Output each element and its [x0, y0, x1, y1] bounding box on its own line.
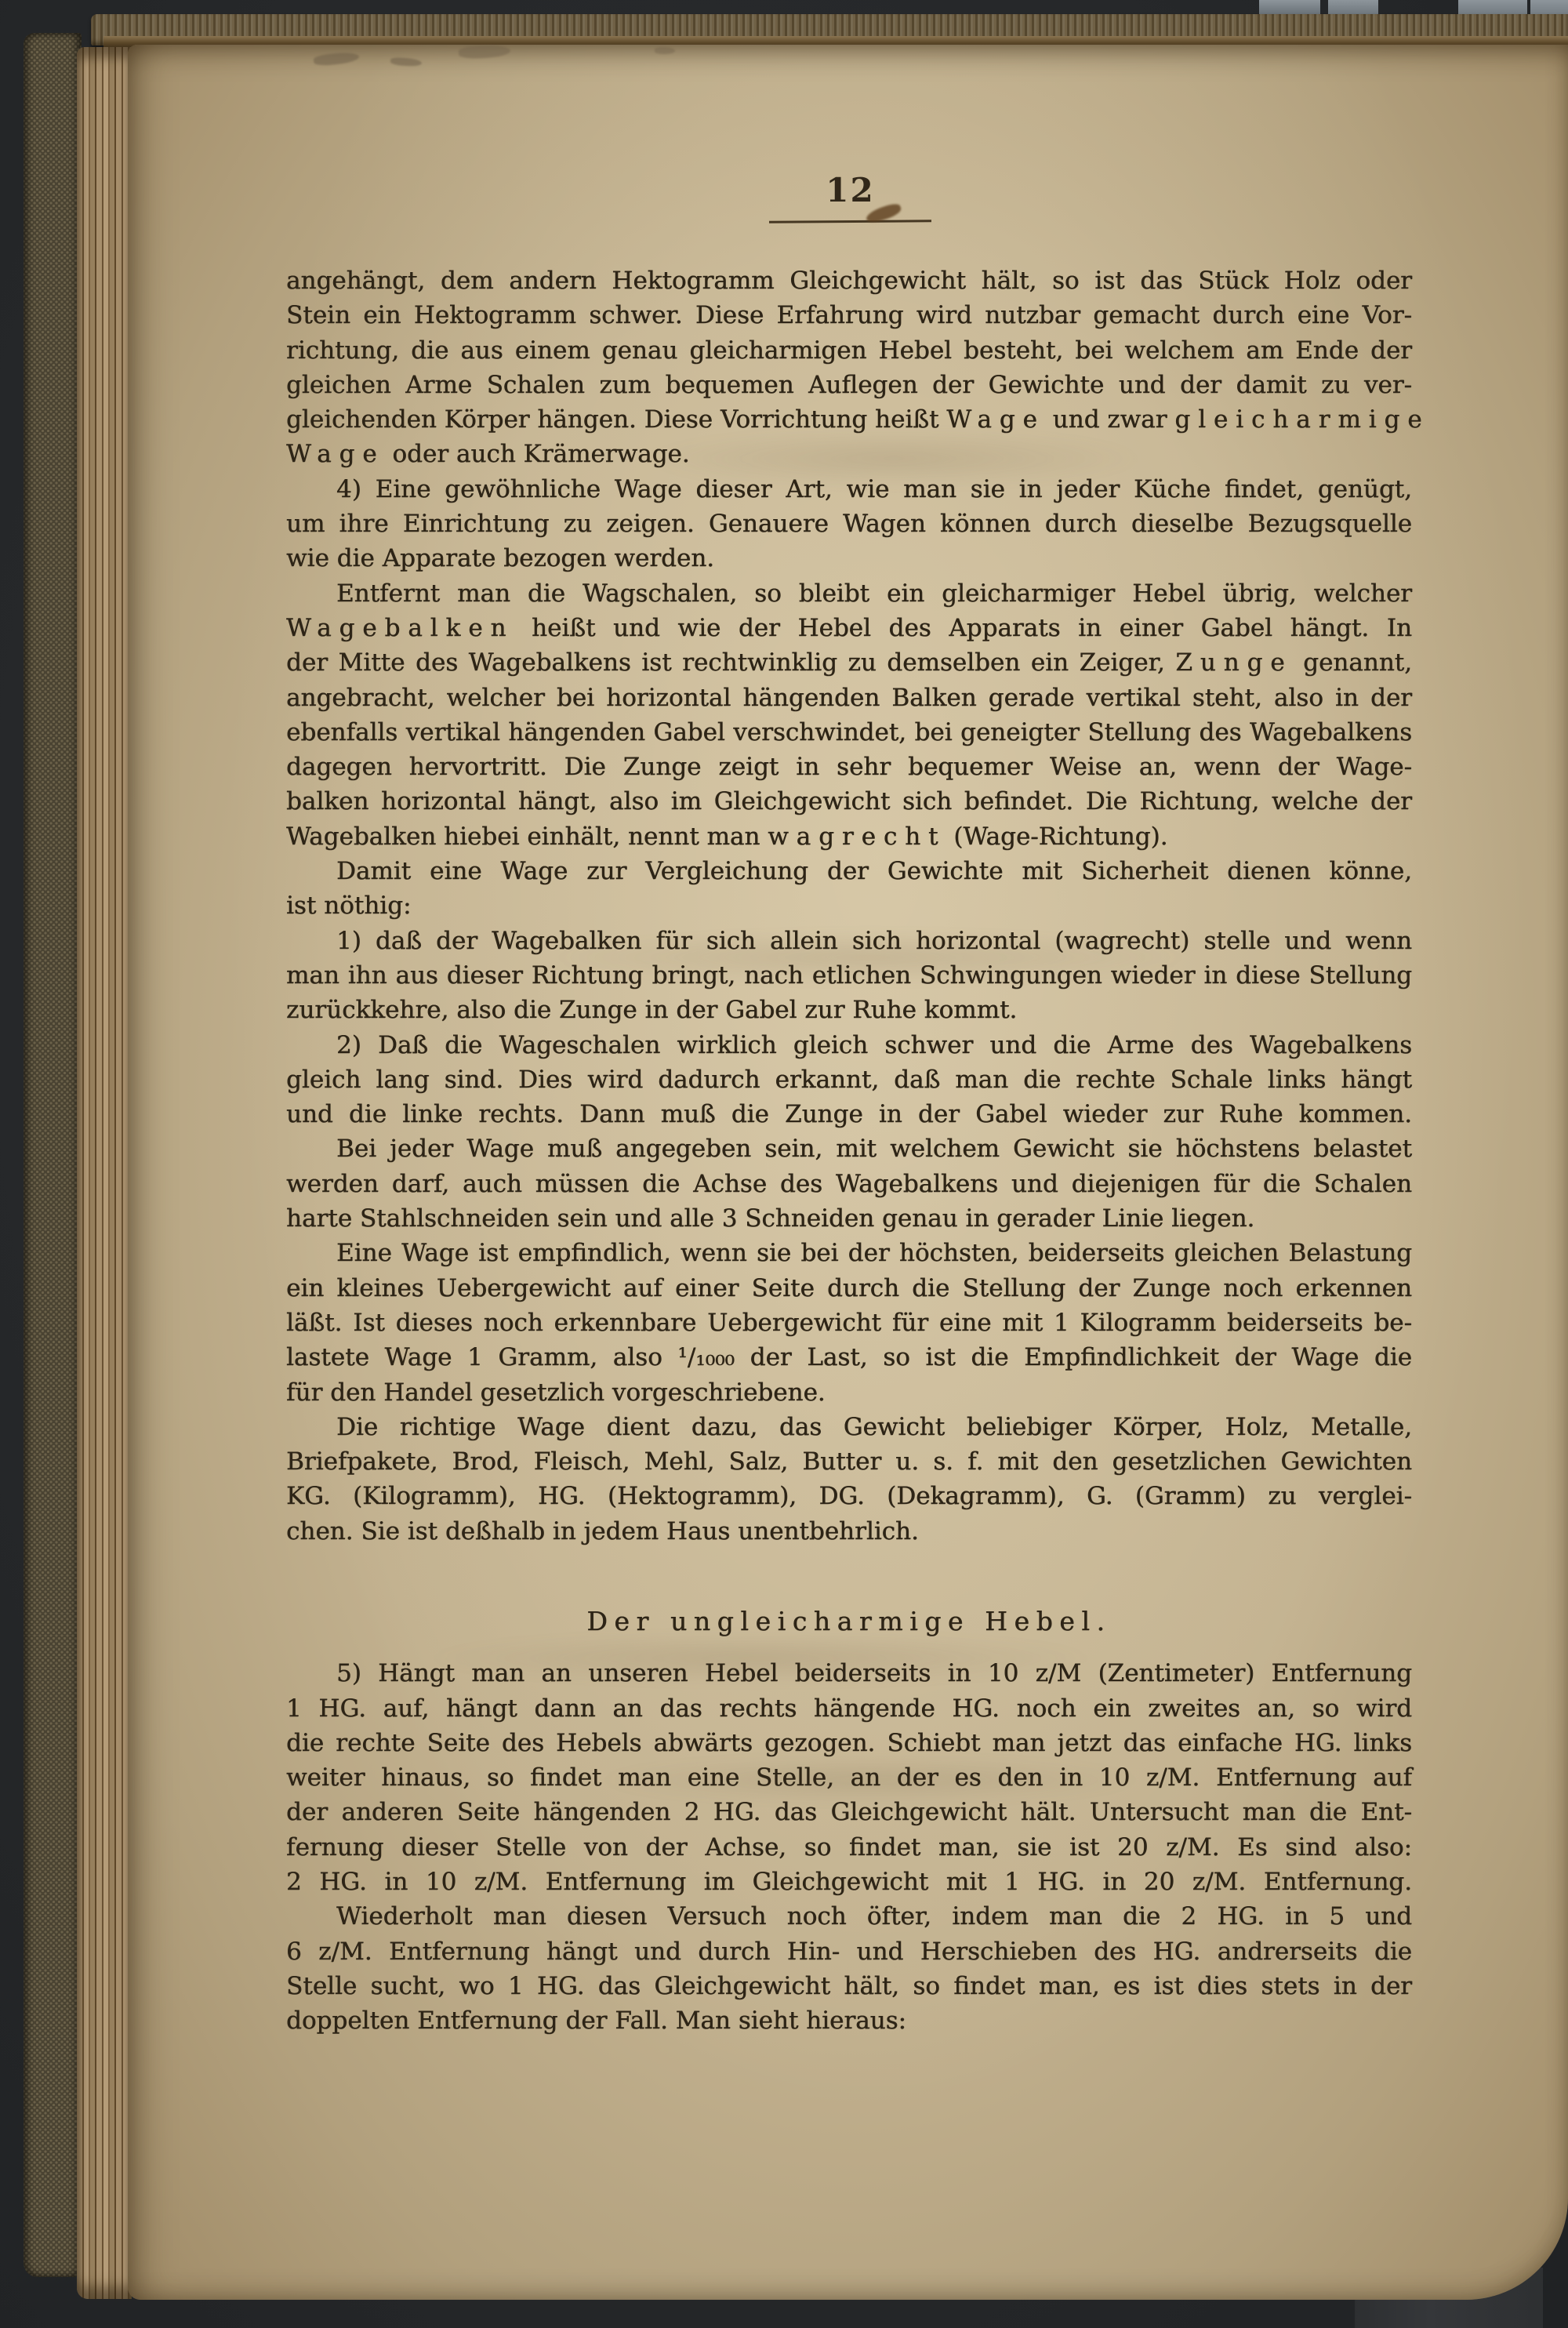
text-line: Eine Wage ist empfindlich, wenn sie bei … [286, 1236, 1412, 1270]
text-line: doppelten Entfernung der Fall. Man sieht… [286, 2003, 1412, 2038]
text-line: Damit eine Wage zur Vergleichung der Gew… [286, 854, 1412, 888]
text-section-2: 5) Hängt man an unseren Hebel beiderseit… [286, 1656, 1412, 2038]
text-segment: Stein ein Hektogramm schwer. Diese Erfah… [286, 301, 1412, 329]
text-line: Briefpakete, Brod, Fleisch, Mehl, Salz, … [286, 1444, 1412, 1479]
text-segment: heißt und wie der Hebel des Apparats in … [514, 614, 1412, 642]
text-segment: gleich lang sind. Dies wird dadurch erka… [286, 1066, 1412, 1094]
text-line: harte Stahlschneiden sein und alle 3 Sch… [286, 1201, 1412, 1236]
text-line: für den Handel gesetzlich vorgeschrieben… [286, 1375, 1412, 1410]
page-number: 12 [769, 171, 931, 209]
text-line: 6 z/M. Entfernung hängt und durch Hin- u… [286, 1934, 1412, 1969]
text-line: die rechte Seite des Hebels abwärts gezo… [286, 1726, 1412, 1760]
text-line: 2 HG. in 10 z/M. Entfernung im Gleichgew… [286, 1865, 1412, 1899]
letterspaced-word: wagrecht [768, 823, 946, 851]
text-segment: für den Handel gesetzlich vorgeschrieben… [286, 1378, 826, 1407]
text-segment: Stelle sucht, wo 1 HG. das Gleichgewicht… [286, 1972, 1412, 2000]
text-segment: zurückkehre, also die Zunge in der Gabel… [286, 996, 1017, 1024]
text-line: ebenfalls vertikal hängenden Gabel versc… [286, 715, 1412, 750]
text-segment: 1 HG. auf, hängt dann an das rechts häng… [286, 1694, 1412, 1723]
text-segment: man ihn aus dieser Richtung bringt, nach… [286, 961, 1412, 990]
text-segment: ebenfalls vertikal hängenden Gabel versc… [286, 718, 1412, 746]
text-segment: 2) Daß die Wageschalen wirklich gleich s… [336, 1031, 1412, 1059]
text-segment: lastete Wage 1 Gramm, also ¹/₁₀₀₀ der La… [286, 1343, 1412, 1371]
text-line: Stelle sucht, wo 1 HG. das Gleichgewicht… [286, 1969, 1412, 2003]
text-segment: KG. (Kilogramm), HG. (Hektogramm), DG. (… [286, 1482, 1412, 1510]
text-line: balken horizontal hängt, also im Gleichg… [286, 784, 1412, 819]
text-segment: gleichenden Körper hängen. Diese Vorrich… [286, 405, 946, 434]
section-heading: Der ungleicharmige Hebel. [286, 1604, 1412, 1639]
text-segment: Die richtige Wage dient dazu, das Gewich… [336, 1413, 1412, 1441]
text-segment: doppelten Entfernung der Fall. Man sieht… [286, 2007, 906, 2035]
text-line: ist nöthig: [286, 888, 1412, 923]
text-line: werden darf, auch müssen die Achse des W… [286, 1167, 1412, 1201]
text-line: 2) Daß die Wageschalen wirklich gleich s… [286, 1028, 1412, 1062]
text-segment: balken horizontal hängt, also im Gleichg… [286, 787, 1412, 815]
letterspaced-word: Wagebalken [286, 614, 514, 642]
text-segment: genannt, [1293, 648, 1412, 677]
text-segment: der Mitte des Wagebalkens ist rechtwinkl… [286, 648, 1175, 677]
text-line: angebracht, welcher bei horizontal hänge… [286, 681, 1412, 715]
text-segment: und die linke rechts. Dann muß die Zunge… [286, 1100, 1412, 1128]
text-line: 1) daß der Wagebalken für sich allein si… [286, 924, 1412, 958]
text-line: gleichen Arme Schalen zum bequemen Aufle… [286, 368, 1412, 402]
text-line: 1 HG. auf, hängt dann an das rechts häng… [286, 1691, 1412, 1726]
text-segment: 2 HG. in 10 z/M. Entfernung im Gleichgew… [286, 1868, 1412, 1896]
text-segment: die rechte Seite des Hebels abwärts gezo… [286, 1729, 1412, 1757]
text-line: Wiederholt man diesen Versuch noch öfter… [286, 1899, 1412, 1934]
letterspaced-word: Wage [946, 405, 1045, 434]
text-segment: Eine Wage ist empfindlich, wenn sie bei … [336, 1239, 1412, 1267]
text-line: wie die Apparate bezogen werden. [286, 541, 1412, 576]
text-segment: 1) daß der Wagebalken für sich allein si… [336, 927, 1412, 955]
text-segment: gleichen Arme Schalen zum bequemen Aufle… [286, 371, 1412, 399]
text-segment: chen. Sie ist deßhalb in jedem Haus unen… [286, 1517, 919, 1545]
text-segment: wie die Apparate bezogen werden. [286, 544, 714, 572]
text-line: gleichenden Körper hängen. Diese Vorrich… [286, 402, 1412, 437]
text-line: Stein ein Hektogramm schwer. Diese Erfah… [286, 298, 1412, 332]
scanned-book-photo: 12 angehängt, dem andern Hektogramm Glei… [0, 0, 1568, 2328]
text-line: um ihre Einrichtung zu zeigen. Genauere … [286, 507, 1412, 541]
text-segment: Bei jeder Wage muß angegeben sein, mit w… [336, 1135, 1412, 1163]
text-line: Entfernt man die Wagschalen, so bleibt e… [286, 576, 1412, 611]
text-segment: weiter hinaus, so findet man eine Stelle… [286, 1763, 1412, 1792]
text-line: richtung, die aus einem genau gleicharmi… [286, 333, 1412, 368]
text-line: KG. (Kilogramm), HG. (Hektogramm), DG. (… [286, 1479, 1412, 1513]
text-line: 5) Hängt man an unseren Hebel beiderseit… [286, 1656, 1412, 1691]
text-line: und die linke rechts. Dann muß die Zunge… [286, 1097, 1412, 1131]
page-edges-left [77, 47, 132, 2299]
text-line: zurückkehre, also die Zunge in der Gabel… [286, 993, 1412, 1027]
text-section-1: angehängt, dem andern Hektogramm Gleichg… [286, 263, 1412, 1549]
text-line: lastete Wage 1 Gramm, also ¹/₁₀₀₀ der La… [286, 1340, 1412, 1375]
text-segment: Damit eine Wage zur Vergleichung der Gew… [336, 857, 1412, 885]
letterspaced-word: Zunge [1175, 648, 1292, 677]
letterspaced-word: Wage [286, 440, 385, 468]
text-line: der Mitte des Wagebalkens ist rechtwinkl… [286, 645, 1412, 680]
text-segment: angebracht, welcher bei horizontal hänge… [286, 684, 1412, 712]
text-segment: läßt. Ist dieses noch erkennbare Ueberge… [286, 1309, 1412, 1337]
text-line: Bei jeder Wage muß angegeben sein, mit w… [286, 1131, 1412, 1166]
text-segment: 4) Eine gewöhnliche Wage dieser Art, wie… [336, 475, 1412, 503]
text-segment: Entfernt man die Wagschalen, so bleibt e… [336, 579, 1412, 608]
text-segment: Briefpakete, Brod, Fleisch, Mehl, Salz, … [286, 1447, 1412, 1476]
text-line: läßt. Ist dieses noch erkennbare Ueberge… [286, 1306, 1412, 1340]
text-line: weiter hinaus, so findet man eine Stelle… [286, 1760, 1412, 1795]
text-segment: angehängt, dem andern Hektogramm Gleichg… [286, 267, 1412, 295]
text-segment: ein kleines Uebergewicht auf einer Seite… [286, 1274, 1412, 1302]
text-segment: fernung dieser Stelle von der Achse, so … [286, 1833, 1412, 1861]
text-segment: Wagebalken hiebei einhält, nennt man [286, 823, 768, 851]
text-line: man ihn aus dieser Richtung bringt, nach… [286, 958, 1412, 993]
text-segment: dagegen hervortritt. Die Zunge zeigt in … [286, 753, 1412, 781]
text-segment: 6 z/M. Entfernung hängt und durch Hin- u… [286, 1938, 1412, 1966]
text-segment: richtung, die aus einem genau gleicharmi… [286, 336, 1412, 365]
text-line: Wagebalken hiebei einhält, nennt man wag… [286, 819, 1412, 854]
text-segment: harte Stahlschneiden sein und alle 3 Sch… [286, 1204, 1254, 1233]
text-segment: 5) Hängt man an unseren Hebel beiderseit… [336, 1659, 1412, 1687]
text-line: chen. Sie ist deßhalb in jedem Haus unen… [286, 1514, 1412, 1549]
text-line: Wagebalken heißt und wie der Hebel des A… [286, 611, 1412, 645]
text-segment: und zwar [1045, 405, 1175, 434]
text-line: angehängt, dem andern Hektogramm Gleichg… [286, 263, 1412, 298]
text-line: 4) Eine gewöhnliche Wage dieser Art, wie… [286, 472, 1412, 507]
text-line: fernung dieser Stelle von der Achse, so … [286, 1830, 1412, 1865]
text-segment: ist nöthig: [286, 892, 411, 920]
text-line: ein kleines Uebergewicht auf einer Seite… [286, 1271, 1412, 1306]
pencil-smudge [655, 47, 675, 54]
book-cover-spine-edge [24, 33, 82, 2277]
text-segment: Wiederholt man diesen Versuch noch öfter… [336, 1902, 1412, 1930]
text-segment: der anderen Seite hängenden 2 HG. das Gl… [286, 1798, 1412, 1826]
text-line: der anderen Seite hängenden 2 HG. das Gl… [286, 1795, 1412, 1829]
text-column: angehängt, dem andern Hektogramm Gleichg… [286, 263, 1412, 2039]
letterspaced-word: gleicharmige [1174, 405, 1429, 434]
text-line: dagegen hervortritt. Die Zunge zeigt in … [286, 750, 1412, 784]
text-segment: (Wage-Richtung). [946, 823, 1167, 851]
text-line: gleich lang sind. Dies wird dadurch erka… [286, 1062, 1412, 1097]
text-line: Die richtige Wage dient dazu, das Gewich… [286, 1410, 1412, 1444]
text-segment: oder auch Krämerwage. [385, 440, 690, 468]
text-line: Wage oder auch Krämerwage. [286, 437, 1412, 471]
text-segment: werden darf, auch müssen die Achse des W… [286, 1170, 1412, 1198]
text-segment: um ihre Einrichtung zu zeigen. Genauere … [286, 510, 1412, 538]
